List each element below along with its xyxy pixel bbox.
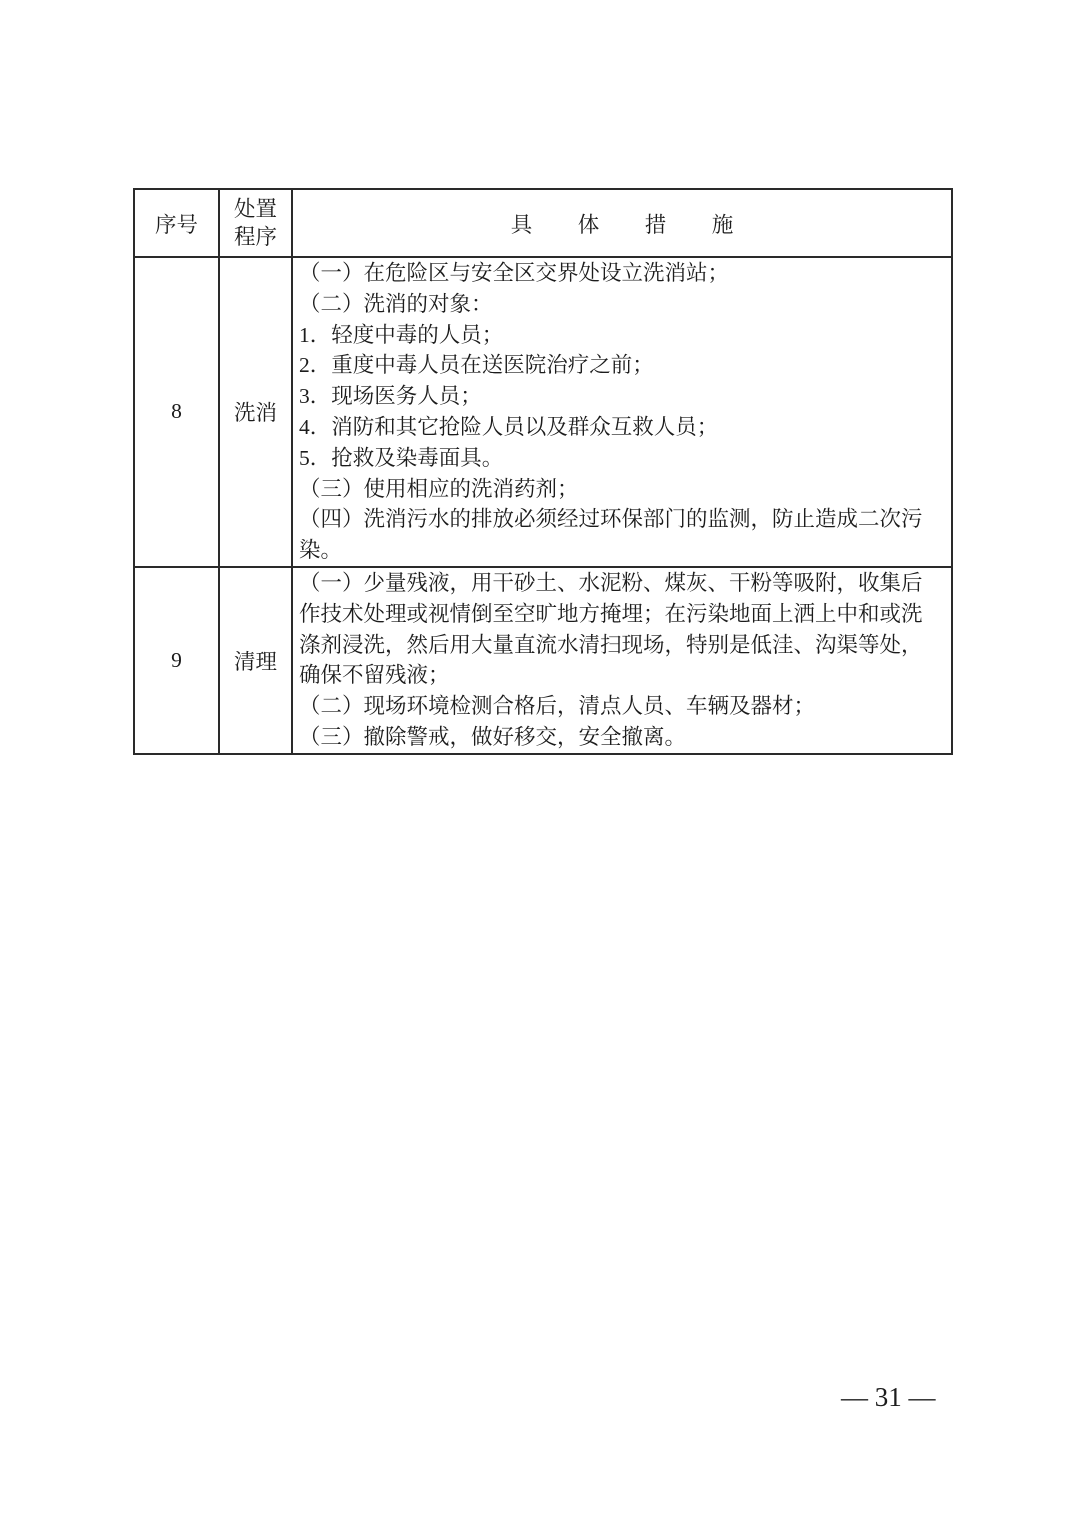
measure-line: 染。	[299, 535, 943, 566]
row-measures: （一）在危险区与安全区交界处设立洗消站； （二）洗消的对象： 1．轻度中毒的人员…	[292, 257, 952, 567]
table-header-row: 序号 处置 程序 具 体 措 施	[134, 189, 952, 257]
measure-line: （一）在危险区与安全区交界处设立洗消站；	[299, 258, 943, 289]
measure-line: 涤剂浸洗，然后用大量直流水清扫现场，特别是低洼、沟渠等处，	[299, 630, 943, 661]
header-measures: 具 体 措 施	[292, 189, 952, 257]
table-row: 9 清理 （一）少量残液，用干砂土、水泥粉、煤灰、干粉等吸附，收集后 作技术处理…	[134, 567, 952, 754]
row-measures: （一）少量残液，用干砂土、水泥粉、煤灰、干粉等吸附，收集后 作技术处理或视情倒至…	[292, 567, 952, 754]
header-procedure-line2: 程序	[220, 223, 291, 251]
header-seq: 序号	[134, 189, 219, 257]
page-number: — 31 —	[841, 1381, 936, 1413]
table-row: 8 洗消 （一）在危险区与安全区交界处设立洗消站； （二）洗消的对象： 1．轻度…	[134, 257, 952, 567]
row-seq: 9	[134, 567, 219, 754]
measure-line: （四）洗消污水的排放必须经过环保部门的监测，防止造成二次污	[299, 504, 943, 535]
measure-line: 5．抢救及染毒面具。	[299, 443, 943, 474]
measure-line: 3．现场医务人员；	[299, 381, 943, 412]
measure-line: （二）洗消的对象：	[299, 289, 943, 320]
measure-line: 确保不留残液；	[299, 660, 943, 691]
measure-line: （三）使用相应的洗消药剂；	[299, 474, 943, 505]
measure-line: 1．轻度中毒的人员；	[299, 320, 943, 351]
measure-line: （一）少量残液，用干砂土、水泥粉、煤灰、干粉等吸附，收集后	[299, 568, 943, 599]
procedures-table: 序号 处置 程序 具 体 措 施 8 洗消 （一）在危险区与安全区交界处设立洗消…	[133, 188, 953, 755]
measure-line: 4．消防和其它抢险人员以及群众互救人员；	[299, 412, 943, 443]
row-procedure: 洗消	[219, 257, 292, 567]
measure-line: （三）撤除警戒，做好移交，安全撤离。	[299, 722, 943, 753]
measure-line: 2．重度中毒人员在送医院治疗之前；	[299, 350, 943, 381]
header-procedure-line1: 处置	[220, 195, 291, 223]
row-seq: 8	[134, 257, 219, 567]
measure-line: 作技术处理或视情倒至空旷地方掩埋；在污染地面上洒上中和或洗	[299, 599, 943, 630]
measure-line: （二）现场环境检测合格后，清点人员、车辆及器材；	[299, 691, 943, 722]
header-procedure: 处置 程序	[219, 189, 292, 257]
row-procedure: 清理	[219, 567, 292, 754]
